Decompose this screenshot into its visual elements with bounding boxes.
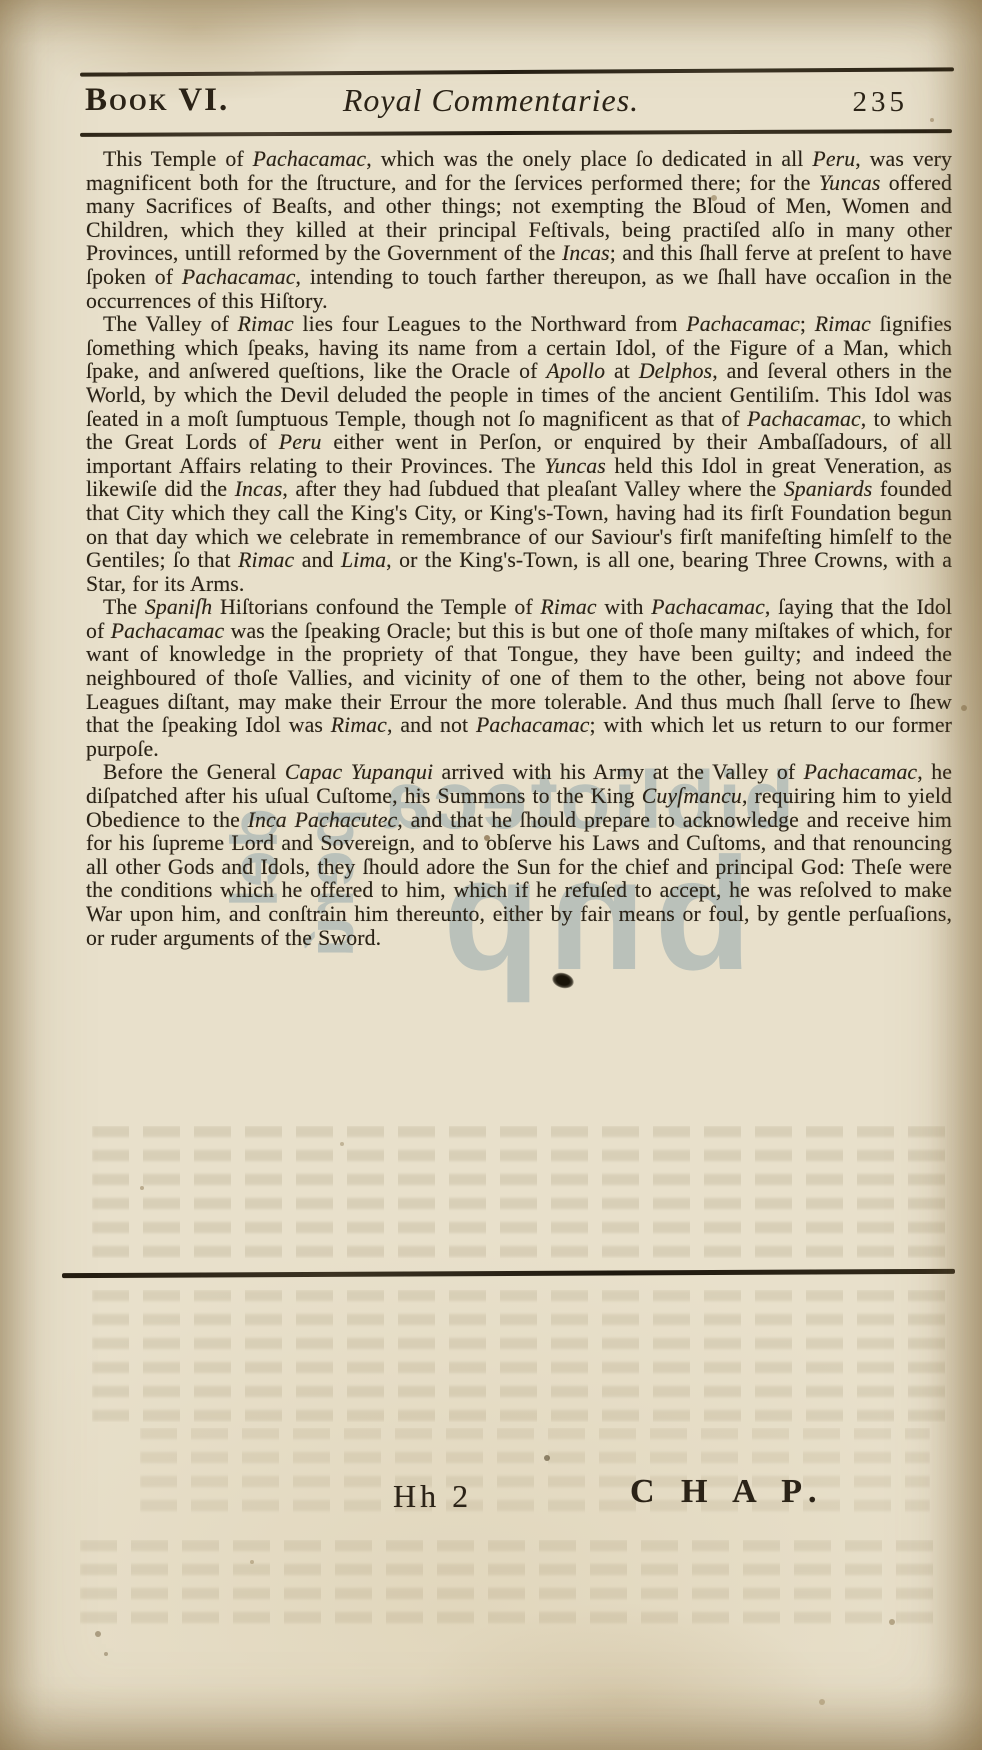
italic-text: Incas (562, 241, 610, 265)
italic-text: Peru (279, 430, 322, 454)
top-rule (80, 67, 954, 76)
roman-text: Before the General (103, 760, 285, 784)
italic-text: Yuncas (819, 171, 881, 195)
page-header: Book VI. Royal Commentaries. 235 (0, 82, 982, 130)
italic-text: Capac Yupanqui (285, 760, 433, 784)
roman-text: The (103, 595, 145, 619)
italic-text: Yuncas (544, 454, 606, 478)
catchword: C H A P. (630, 1473, 825, 1511)
italic-text: Incas (235, 477, 283, 501)
italic-text: Pachacamac (476, 713, 590, 737)
running-title: Royal Commentaries. (0, 82, 982, 119)
paragraph: This Temple of Pachacamac, which was the… (86, 148, 952, 313)
italic-text: Pachacamac (651, 595, 765, 619)
roman-text: , after they had ſubdued that pleaſant V… (282, 477, 783, 501)
italic-text: Peru (812, 147, 855, 171)
roman-text: arrived with his Army at the Valley of (433, 760, 804, 784)
bleedthrough-area (80, 1540, 944, 1632)
italic-text: Lima (341, 548, 386, 572)
roman-text: The Valley of (103, 312, 238, 336)
roman-text: This Temple of (103, 147, 253, 171)
italic-text: Rimac (238, 548, 294, 572)
italic-text: Inca Pachacutec (248, 808, 398, 832)
italic-text: Pachacamac (253, 147, 367, 171)
roman-text: lies four Leagues to the Northward from (294, 312, 687, 336)
roman-text: with (597, 595, 652, 619)
mid-page-rule (62, 1269, 955, 1278)
page-number: 235 (853, 86, 909, 119)
paragraph: The Valley of Rimac lies four Leagues to… (86, 313, 952, 596)
paragraph: Before the General Capac Yupanqui arrive… (86, 761, 952, 950)
italic-text: Pachacamac (686, 312, 800, 336)
text-block: This Temple of Pachacamac, which was the… (86, 148, 952, 950)
italic-text: Pachacamac (111, 619, 225, 643)
roman-text: Hiſtorians confound the Temple of (212, 595, 540, 619)
italic-text: Cuyſmancu (642, 784, 742, 808)
foxing-specks (0, 0, 4, 4)
book-page: Book VI. Royal Commentaries. 235 bibliot… (0, 0, 982, 1750)
italic-text: Rimac (540, 595, 596, 619)
roman-text: , and not (387, 713, 476, 737)
italic-text: Rimac (238, 312, 294, 336)
italic-text: Pachacamac (747, 407, 861, 431)
italic-text: Pachacamac (804, 760, 918, 784)
italic-text: Spaniards (784, 477, 873, 501)
roman-text: and (294, 548, 341, 572)
header-rule (80, 129, 952, 137)
italic-text: Pachacamac (182, 265, 296, 289)
paragraph: The Spaniſh Hiſtorians confound the Temp… (86, 596, 952, 761)
bleedthrough-area (92, 1290, 948, 1422)
italic-text: Apollo (546, 359, 605, 383)
italic-text: Rimac (815, 312, 871, 336)
bleedthrough-area (92, 1126, 948, 1258)
roman-text: at (605, 359, 639, 383)
signature-mark: Hh 2 (393, 1478, 472, 1515)
roman-text: ; (800, 312, 815, 336)
italic-text: Delphos (639, 359, 712, 383)
roman-text: , which was the onely place ſo dedicated… (366, 147, 812, 171)
italic-text: Spaniſh (145, 595, 212, 619)
italic-text: Rimac (331, 713, 387, 737)
